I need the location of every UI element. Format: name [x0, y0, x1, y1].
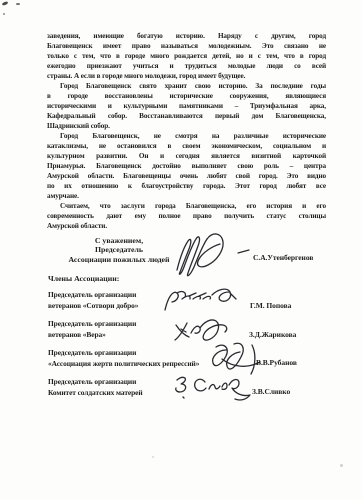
org-line: Председатель организации: [48, 290, 263, 301]
paragraph-3: Город Благовещенск, не смотря на различн…: [47, 131, 326, 201]
org-line: Председатель организации: [48, 319, 263, 330]
text-line: Город Благовещенск, не смотря на различн…: [47, 131, 326, 141]
letter-body: заведения, имеющие богатую историю. Наря…: [47, 31, 326, 231]
member-row-popova: Председатель организации ветеранов «Сотв…: [48, 290, 263, 311]
text-line: современность дают ему полное право полу…: [47, 211, 326, 221]
org-line: «Ассоциация жертв политических репрессий…: [48, 359, 263, 370]
signer-name-utenbergenov: С.А.Утенбергенов: [253, 253, 313, 262]
text-line: Шадринский собор.: [47, 121, 326, 131]
text-line: заведения, имеющие богатую историю. Наря…: [47, 31, 326, 41]
text-line: амурчане.: [47, 191, 326, 201]
text-line: культурном развитии. Он и сегодня являет…: [47, 151, 326, 161]
text-line: Приамурья. Благовещенск достойно выполня…: [47, 161, 326, 171]
signer-name-zharikova: З.Д.Жарикова: [249, 330, 296, 339]
org-line: Председатель организации: [48, 348, 263, 359]
signer-name-popova: Г.М. Попова: [250, 301, 291, 310]
text-line: Считаем, что заслуги города Благовещенск…: [47, 201, 326, 211]
scan-speck: [2, 1, 9, 5]
scan-speck: [3, 13, 5, 15]
scan-speck: [152, 456, 154, 458]
text-line: страны. А если в городе много молодежи, …: [47, 71, 326, 81]
scanned-letter-page: заведения, имеющие богатую историю. Наря…: [0, 0, 363, 500]
member-row-slivko: Председатель организации Комитет солдатс…: [48, 377, 263, 398]
signer-name-slivko: З.В.Сливко: [252, 387, 290, 396]
text-line: историческими и культурными памятниками …: [47, 101, 326, 111]
org-line: Председатель организации: [48, 377, 263, 388]
text-line: катаклизмы, не остановился в своем эконо…: [47, 141, 326, 151]
signer-name-rubanov: В.В.Рубанов: [256, 358, 297, 367]
text-line: Благовещенск имеет право называться моло…: [47, 41, 326, 51]
text-line: Амурской области. Благовещенцы очень люб…: [47, 171, 326, 181]
text-line: Город Благовещенск свято хранит свою ист…: [47, 81, 326, 91]
members-heading: Члены Ассоциации:: [48, 274, 119, 283]
scan-speck: [16, 3, 20, 5]
paragraph-2: Город Благовещенск свято хранит свою ист…: [47, 81, 326, 131]
text-line: в городе восстановлены исторические соор…: [47, 91, 326, 101]
org-line: ветеранов «Сотвори добро»: [48, 301, 263, 312]
text-line: Кафедральный собор. Восстанавливаются пе…: [47, 111, 326, 121]
member-row-rubanov: Председатель организации «Ассоциация жер…: [48, 348, 263, 369]
paragraph-1: заведения, имеющие богатую историю. Наря…: [47, 31, 326, 81]
org-line: Комитет солдатских матерей: [48, 388, 263, 399]
text-line: по их отношению к благоустройству города…: [47, 181, 326, 191]
text-line: ежегодно приезжают учиться и трудиться м…: [47, 61, 326, 71]
member-row-zharikova: Председатель организации ветеранов «Вера…: [48, 319, 263, 340]
signature-utenbergenov-icon: [167, 229, 253, 279]
org-line: ветеранов «Вера»: [48, 330, 263, 341]
text-line: только с тем, что в городе много рождает…: [47, 51, 326, 61]
paragraph-4: Считаем, что заслуги города Благовещенск…: [47, 201, 326, 231]
scan-speck: [340, 464, 343, 467]
